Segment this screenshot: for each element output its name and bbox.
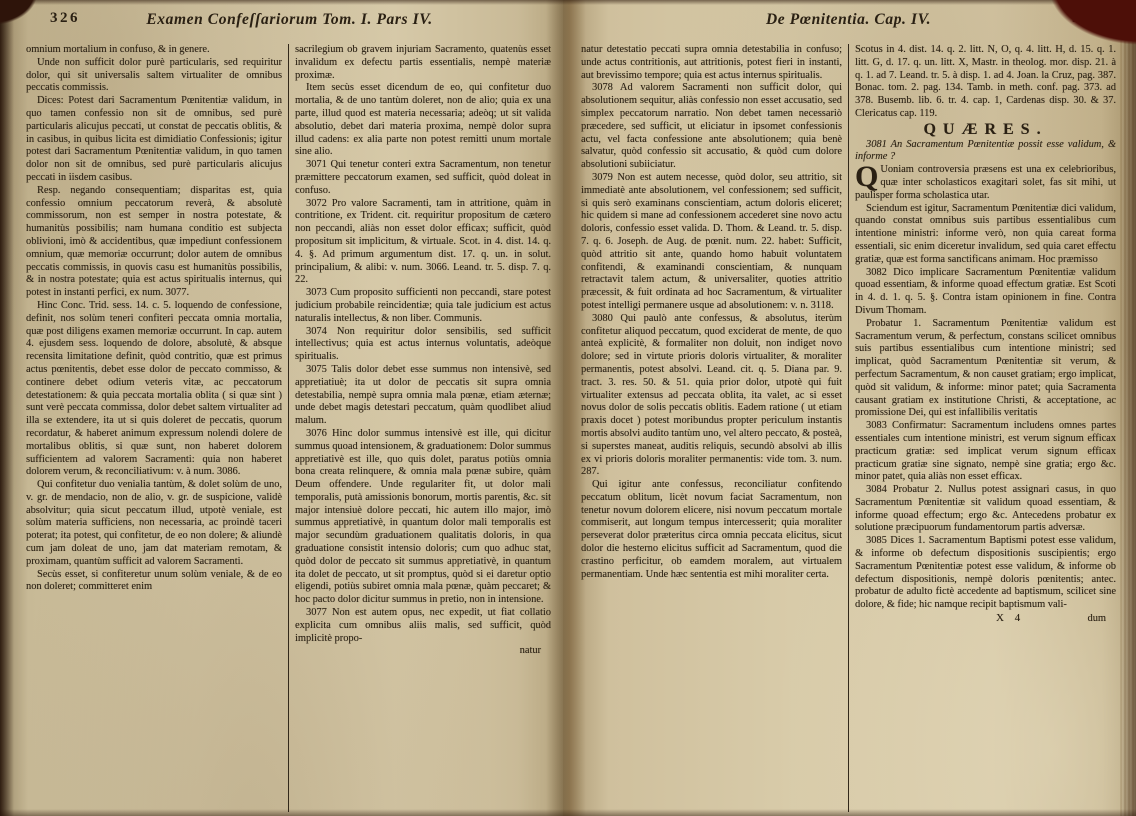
catchword: dum xyxy=(1088,613,1106,626)
paragraph: Resp. negando consequentiam; disparitas … xyxy=(26,185,282,300)
paragraph: Item secùs esset dicendum de eo, qui con… xyxy=(295,82,551,159)
right-running-title: De Pœnitentia. Cap. IV. xyxy=(581,8,1116,29)
right-page-columns: natur detestatio peccati supra omnia det… xyxy=(581,44,1116,816)
paragraph: sacrilegium ob gravem injuriam Sacrament… xyxy=(295,44,551,82)
right-column-2: Scotus in 4. dist. 14. q. 2. litt. N, O,… xyxy=(855,44,1116,816)
paragraph: Probatur 1. Sacramentum Pœnitentiæ valid… xyxy=(855,318,1116,420)
right-page-number: 327 xyxy=(1072,10,1102,27)
catchword: natur xyxy=(520,645,541,656)
paragraph: Unde non sufficit dolor purè particulari… xyxy=(26,57,282,95)
paragraph: 3078 Ad valorem Sacramenti non sufficit … xyxy=(581,82,842,172)
paragraph: 3073 Cum proposito sufficienti non pecca… xyxy=(295,287,551,325)
paragraph: 3074 Non requiritur dolor sensibilis, se… xyxy=(295,326,551,364)
right-column-1: natur detestatio peccati supra omnia det… xyxy=(581,44,842,816)
column-divider xyxy=(848,44,849,812)
column-divider xyxy=(288,44,289,812)
paragraph: Hinc Conc. Trid. sess. 14. c. 5. loquend… xyxy=(26,300,282,479)
left-page-header: 326 Examen Confeſſariorum Tom. I. Pars I… xyxy=(26,8,553,38)
paragraph: 3081 An Sacramentum Pœnitentiæ possit es… xyxy=(855,139,1116,165)
paragraph: 3082 Dico implicare Sacramentum Pœnitent… xyxy=(855,267,1116,318)
left-running-title: Examen Confeſſariorum Tom. I. Pars IV. xyxy=(26,8,553,29)
paragraph: Sciendum est igitur, Sacramentum Pœniten… xyxy=(855,203,1116,267)
paragraph: Dices: Potest dari Sacramentum Pœnitenti… xyxy=(26,95,282,185)
paragraph: Secùs esset, si confiteretur unum solùm … xyxy=(26,569,282,595)
paragraph: natur detestatio peccati supra omnia det… xyxy=(581,44,842,82)
signature-row: X 4 dum xyxy=(855,612,1116,626)
paragraph: 3084 Probatur 2. Nullus potest assignari… xyxy=(855,484,1116,535)
right-page: De Pœnitentia. Cap. IV. 327 natur detest… xyxy=(563,0,1136,816)
paragraph: QUÆRES. xyxy=(855,124,1116,137)
paragraph: 3085 Dices 1. Sacramentum Baptismi potes… xyxy=(855,535,1116,612)
paragraph: omnium mortalium in confuso, & in genere… xyxy=(26,44,282,57)
book-scan: 326 Examen Confeſſariorum Tom. I. Pars I… xyxy=(0,0,1136,816)
left-page-number: 326 xyxy=(50,10,80,27)
left-page: 326 Examen Confeſſariorum Tom. I. Pars I… xyxy=(0,0,563,816)
left-column-2: sacrilegium ob gravem injuriam Sacrament… xyxy=(295,44,551,816)
paragraph: Qui confitetur duo venialia tantùm, & do… xyxy=(26,479,282,569)
paragraph: 3080 Qui paulò ante confessus, & absolut… xyxy=(581,313,842,479)
paragraph: 3072 Pro valore Sacramenti, tam in attri… xyxy=(295,198,551,288)
paragraph: 3076 Hinc dolor summus intensivè est ill… xyxy=(295,428,551,607)
paragraph: QUoniam controversia præsens est una ex … xyxy=(855,164,1116,202)
paragraph: 3071 Qui tenetur conteri extra Sacrament… xyxy=(295,159,551,197)
paragraph: 3079 Non est autem necesse, quòd dolor, … xyxy=(581,172,842,313)
paragraph: 3083 Confirmatur: Sacramentum includens … xyxy=(855,420,1116,484)
left-column-2-text: sacrilegium ob gravem injuriam Sacrament… xyxy=(295,44,551,645)
catchword-row: natur xyxy=(295,645,551,658)
left-column-1: omnium mortalium in confuso, & in genere… xyxy=(26,44,282,816)
paragraph: 3077 Non est autem opus, nec expedit, ut… xyxy=(295,607,551,645)
left-page-columns: omnium mortalium in confuso, & in genere… xyxy=(26,44,553,816)
right-column-2-text: Scotus in 4. dist. 14. q. 2. litt. N, O,… xyxy=(855,44,1116,612)
signature-mark: X 4 xyxy=(996,612,1024,625)
paragraph: Scotus in 4. dist. 14. q. 2. litt. N, O,… xyxy=(855,44,1116,121)
right-page-header: De Pœnitentia. Cap. IV. 327 xyxy=(581,8,1116,38)
paragraph: 3075 Talis dolor debet esse summus non i… xyxy=(295,364,551,428)
paragraph: Qui igitur ante confessus, reconciliatur… xyxy=(581,479,842,581)
